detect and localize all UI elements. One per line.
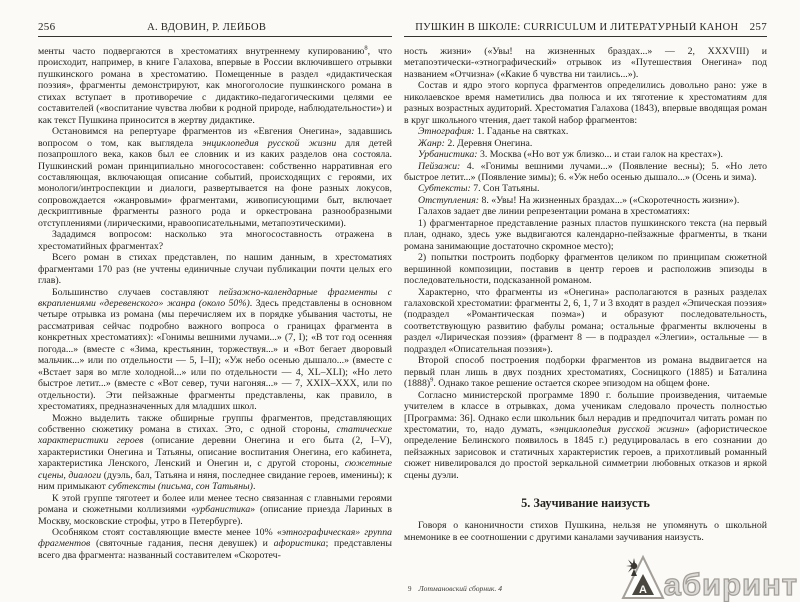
paragraph: Остановимся на репертуаре фрагментов из …	[38, 126, 392, 229]
text-run: (святочные гадания, песня девушек) и	[90, 538, 273, 549]
text-run: 8. «Увы! На жизненных браздах...» («Скор…	[479, 195, 739, 206]
paragraph: Можно выделить также обширные группы фра…	[38, 413, 392, 493]
text-run: субтексты (письма, сон Татьяны)	[108, 481, 253, 492]
paragraph: менты часто подвергаются в хрестоматиях …	[38, 46, 392, 126]
svg-text:А: А	[639, 584, 647, 596]
text-run: Этнография:	[418, 126, 475, 137]
paragraph: Этнография: 1. Гаданье на святках.	[404, 126, 767, 137]
text-run: 1. Гаданье на святках.	[475, 126, 569, 137]
text-run: Жанр:	[418, 138, 445, 149]
left-page-body: менты часто подвергаются в хрестоматиях …	[38, 46, 392, 561]
right-running-title: ПУШКИН В ШКОЛЕ: CURRICULUM И ЛИТЕРАТУРНЫ…	[404, 22, 750, 33]
right-page-header: ПУШКИН В ШКОЛЕ: CURRICULUM И ЛИТЕРАТУРНЫ…	[404, 21, 767, 37]
text-run: для детей позапрошлого века, каков был е…	[38, 138, 392, 229]
text-run: 1) фрагментарное представление разных пл…	[404, 218, 767, 252]
left-folio: 256	[38, 21, 55, 33]
watermark: А абиринт	[620, 554, 798, 600]
text-run: энциклопедия русской жизни	[202, 138, 336, 149]
text-run: Говоря о каноничности стихов Пушкина, не…	[404, 520, 767, 542]
paragraph: Урбанистика: 3. Москва («Но вот уж близк…	[404, 149, 767, 160]
text-run: Галахов задает две линии репрезентации р…	[418, 206, 690, 217]
text-run: Характерно, что фрагменты из «Онегина» р…	[404, 287, 767, 355]
section-heading: 5. Заучивание наизусть	[404, 496, 767, 510]
signature-line: 9Лотмановский сборник. 4	[408, 584, 502, 593]
left-page-header: 256 А. ВДОВИН, Р. ЛЕЙБОВ	[38, 21, 392, 37]
paragraph: Характерно, что фрагменты из «Онегина» р…	[404, 287, 767, 356]
paragraph: Зададимся вопросом: насколько эта многос…	[38, 229, 392, 252]
paragraph: 2) попытки построить подборку фрагментов…	[404, 252, 767, 286]
right-page: ПУШКИН В ШКОЛЕ: CURRICULUM И ЛИТЕРАТУРНЫ…	[404, 21, 767, 543]
signature-text: Лотмановский сборник. 4	[419, 584, 503, 593]
paragraph: Говоря о каноничности стихов Пушкина, не…	[404, 520, 767, 543]
paragraph: Жанр: 2. Деревня Онегина.	[404, 138, 767, 149]
paragraph: Галахов задает две линии репрезентации р…	[404, 206, 767, 217]
paragraph: Пейзажи: 4. «Гонимы вешними лучами...» (…	[404, 161, 767, 184]
text-run: Особняком стоят составляющие вместе мене…	[52, 527, 282, 538]
text-run: 7. Сон Татьяны.	[471, 183, 540, 194]
paragraph: Второй способ построения подборки фрагме…	[404, 355, 767, 389]
paragraph: Отступления: 8. «Увы! На жизненных бразд…	[404, 195, 767, 206]
text-run: менты часто подвергаются в хрестоматиях …	[38, 46, 364, 57]
text-run: 3. Москва («Но вот уж близко... и стаи г…	[478, 149, 723, 160]
paragraph: Субтексты: 7. Сон Татьяны.	[404, 183, 767, 194]
text-run: . Однако такое решение остается скорее э…	[433, 378, 709, 389]
left-page: 256 А. ВДОВИН, Р. ЛЕЙБОВ менты часто под…	[38, 21, 392, 561]
right-page-body: ность жизни» («Увы! на жизненных браздах…	[404, 46, 767, 543]
text-run: урбанистика	[196, 504, 250, 515]
text-run: 5. Заучивание наизусть	[521, 496, 650, 510]
text-run: ность жизни» («Увы! на жизненных браздах…	[404, 46, 767, 80]
paragraph: Большинство случаев составляют пейзажно-…	[38, 287, 392, 413]
text-run: . Здесь представлены в основном четыре о…	[38, 298, 392, 412]
text-run: Всего роман в стихах представлен, по наш…	[38, 252, 392, 286]
right-folio: 257	[750, 21, 767, 33]
book-spread-scan: 256 А. ВДОВИН, Р. ЛЕЙБОВ менты часто под…	[0, 0, 800, 602]
paragraph: ность жизни» («Увы! на жизненных браздах…	[404, 46, 767, 80]
text-run: энциклопедия русской жизни	[555, 424, 685, 435]
text-run: Зададимся вопросом: насколько эта многос…	[38, 229, 392, 251]
text-run: Большинство случаев составляют	[52, 287, 219, 298]
text-run: афористика	[274, 538, 326, 549]
text-run: Состав и ядро этого корпуса фрагментов о…	[404, 80, 767, 125]
text-run: Отступления:	[418, 195, 479, 206]
paragraph: 1) фрагментарное представление разных пл…	[404, 218, 767, 252]
paragraph: Состав и ядро этого корпуса фрагментов о…	[404, 80, 767, 126]
labirint-logo-icon: А	[620, 554, 664, 600]
watermark-text: абиринт	[664, 570, 798, 600]
text-run: 2. Деревня Онегина.	[445, 138, 532, 149]
text-run: .	[253, 481, 255, 492]
paragraph: Согласно министерской программе 1890 г. …	[404, 390, 767, 482]
paragraph: Особняком стоят составляющие вместе мене…	[38, 527, 392, 561]
paragraph: Всего роман в стихах представлен, по наш…	[38, 252, 392, 286]
text-run: Пейзажи:	[418, 161, 460, 172]
paragraph: К этой группе тяготеет и более или менее…	[38, 493, 392, 527]
text-run: Урбанистика:	[418, 149, 478, 160]
text-run: , что происходит, например, в книге Гала…	[38, 46, 392, 126]
signature-number: 9	[408, 585, 412, 593]
left-running-title: А. ВДОВИН, Р. ЛЕЙБОВ	[55, 22, 358, 33]
text-run: 2) попытки построить подборку фрагментов…	[404, 252, 767, 286]
text-run: Субтексты:	[418, 183, 471, 194]
